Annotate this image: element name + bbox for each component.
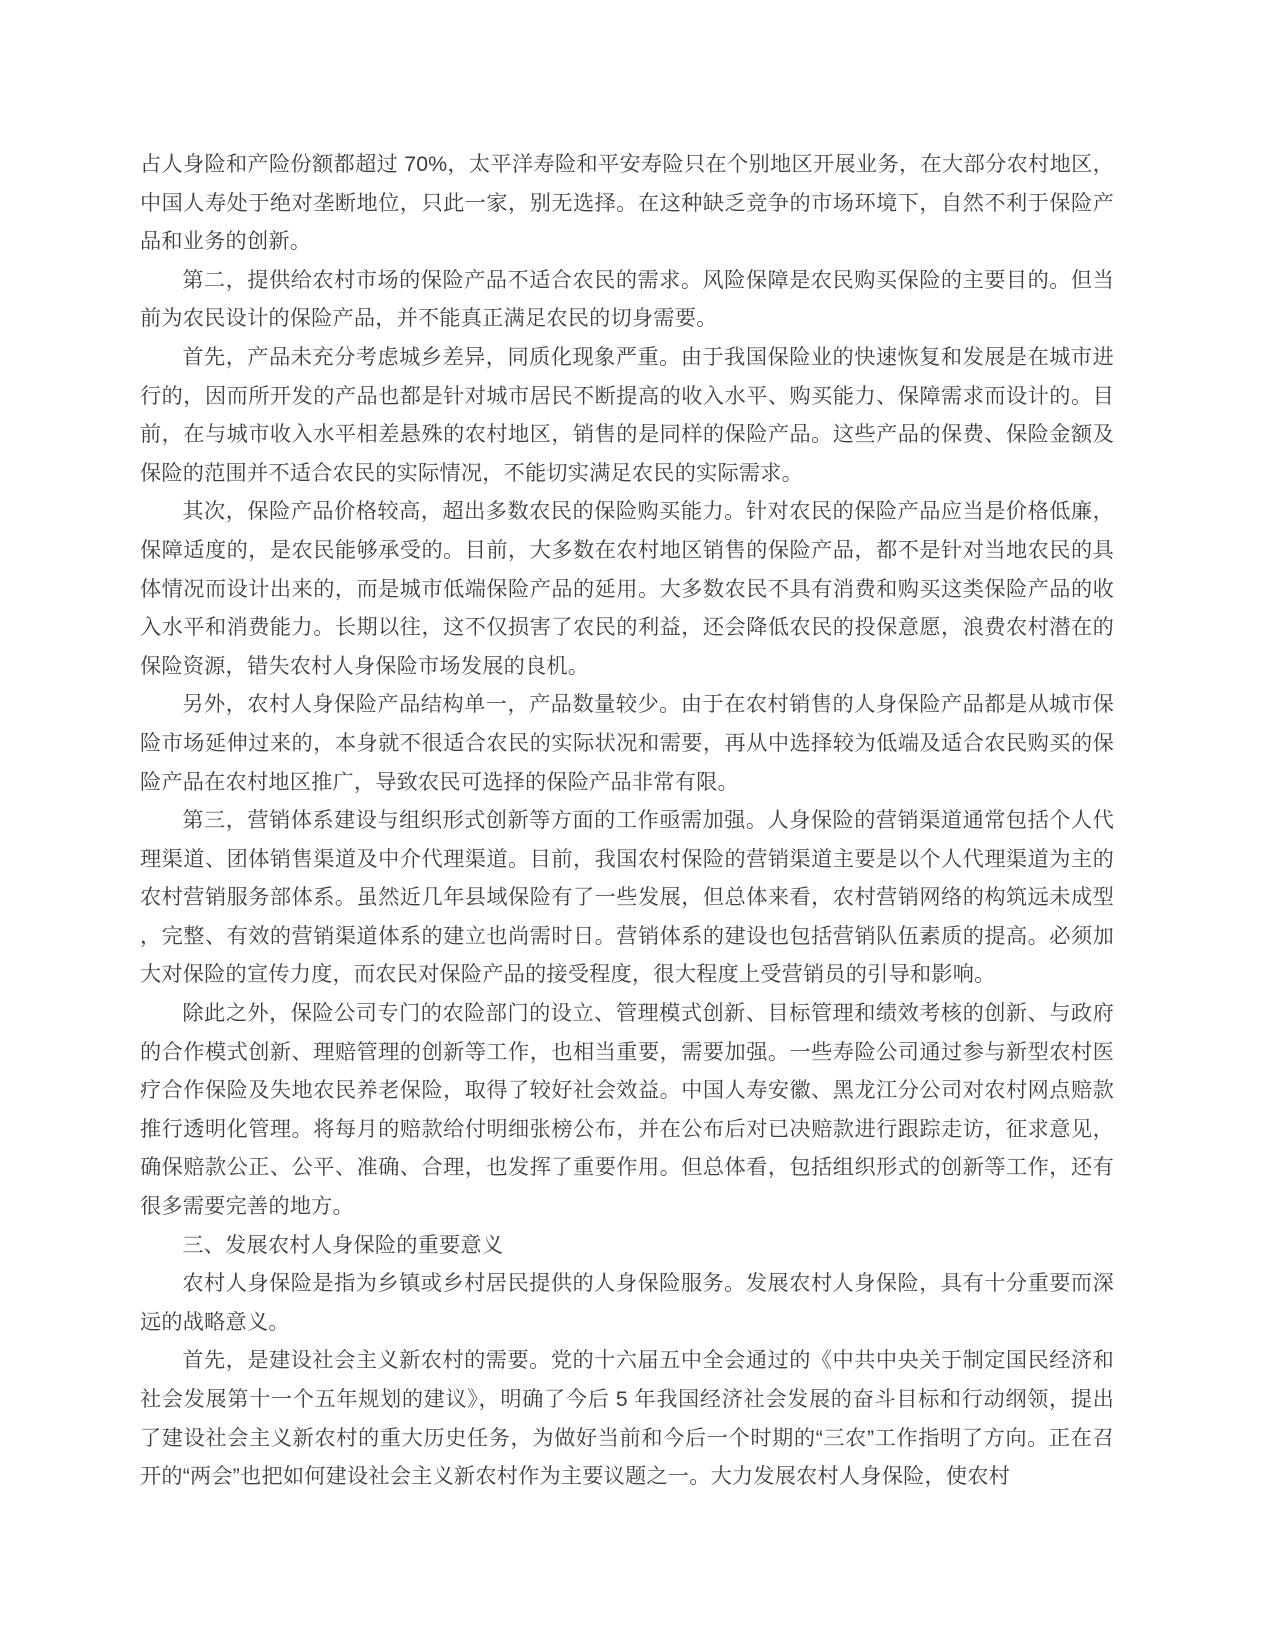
document-body: 占人身险和产险份额都超过 70%，太平洋寿险和平安寿险只在个别地区开展业务，在大… [140,146,1114,1497]
paragraph: 第二，提供给农村市场的保险产品不适合农民的需求。风险保障是农民购买保险的主要目的… [140,262,1114,339]
paragraph: 第三，营销体系建设与组织形式创新等方面的工作亟需加强。人身保险的营销渠道通常包括… [140,802,1114,995]
paragraph: 除此之外，保险公司专门的农险部门的设立、管理模式创新、目标管理和绩效考核的创新、… [140,995,1114,1227]
paragraph: 其次，保险产品价格较高，超出多数农民的保险购买能力。针对农民的保险产品应当是价格… [140,493,1114,686]
section-heading: 三、发展农村人身保险的重要意义 [140,1227,1114,1266]
document-page: 占人身险和产险份额都超过 70%，太平洋寿险和平安寿险只在个别地区开展业务，在大… [0,0,1275,1650]
paragraph: 首先，产品未充分考虑城乡差异，同质化现象严重。由于我国保险业的快速恢复和发展是在… [140,339,1114,493]
paragraph: 占人身险和产险份额都超过 70%，太平洋寿险和平安寿险只在个别地区开展业务，在大… [140,146,1114,262]
paragraph: 农村人身保险是指为乡镇或乡村居民提供的人身保险服务。发展农村人身保险，具有十分重… [140,1265,1114,1342]
paragraph: 首先，是建设社会主义新农村的需要。党的十六届五中全会通过的《中共中央关于制定国民… [140,1342,1114,1496]
paragraph: 另外，农村人身保险产品结构单一，产品数量较少。由于在农村销售的人身保险产品都是从… [140,686,1114,802]
